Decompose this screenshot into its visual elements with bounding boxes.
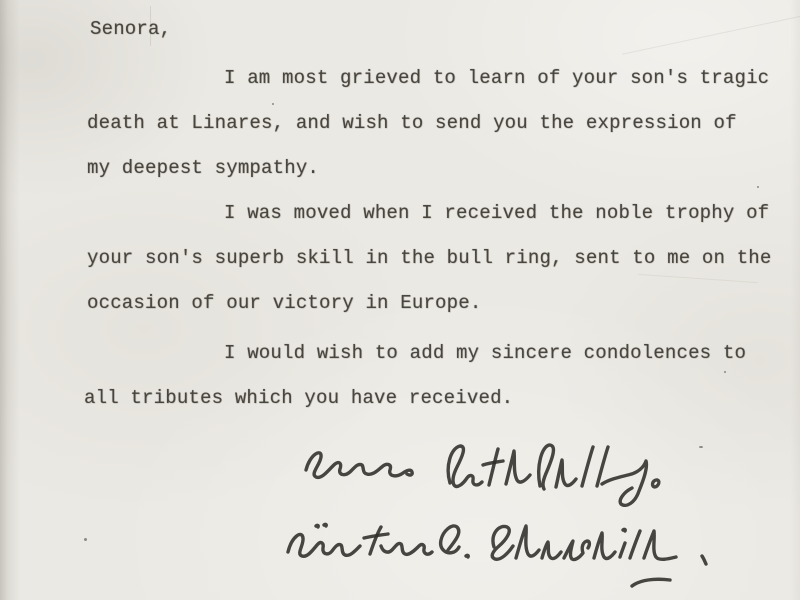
letter-line: I would wish to add my sincere condolenc…	[224, 344, 746, 363]
paper-speck	[757, 186, 759, 188]
letter-line-salutation: Senora,	[90, 20, 171, 39]
letter-page: Senora, I am most grieved to learn of yo…	[0, 0, 800, 600]
letter-line: occasion of our victory in Europe.	[87, 294, 481, 313]
paper-speck	[724, 371, 726, 373]
paper-crease	[638, 274, 758, 283]
handwritten-closing	[290, 436, 666, 520]
paper-crease	[622, 14, 800, 54]
letter-line: I am most grieved to learn of your son's…	[224, 69, 769, 88]
paper-speck	[699, 446, 703, 448]
letter-line: I was moved when I received the noble tr…	[224, 204, 769, 223]
letter-line: my deepest sympathy.	[87, 159, 319, 178]
paper-speck	[272, 103, 274, 105]
handwritten-signature	[278, 516, 722, 600]
paper-speck	[84, 538, 87, 541]
letter-line: all tributes which you have received.	[84, 389, 513, 408]
letter-line: your son's superb skill in the bull ring…	[87, 249, 772, 268]
letter-line: death at Linares, and wish to send you t…	[87, 114, 737, 133]
